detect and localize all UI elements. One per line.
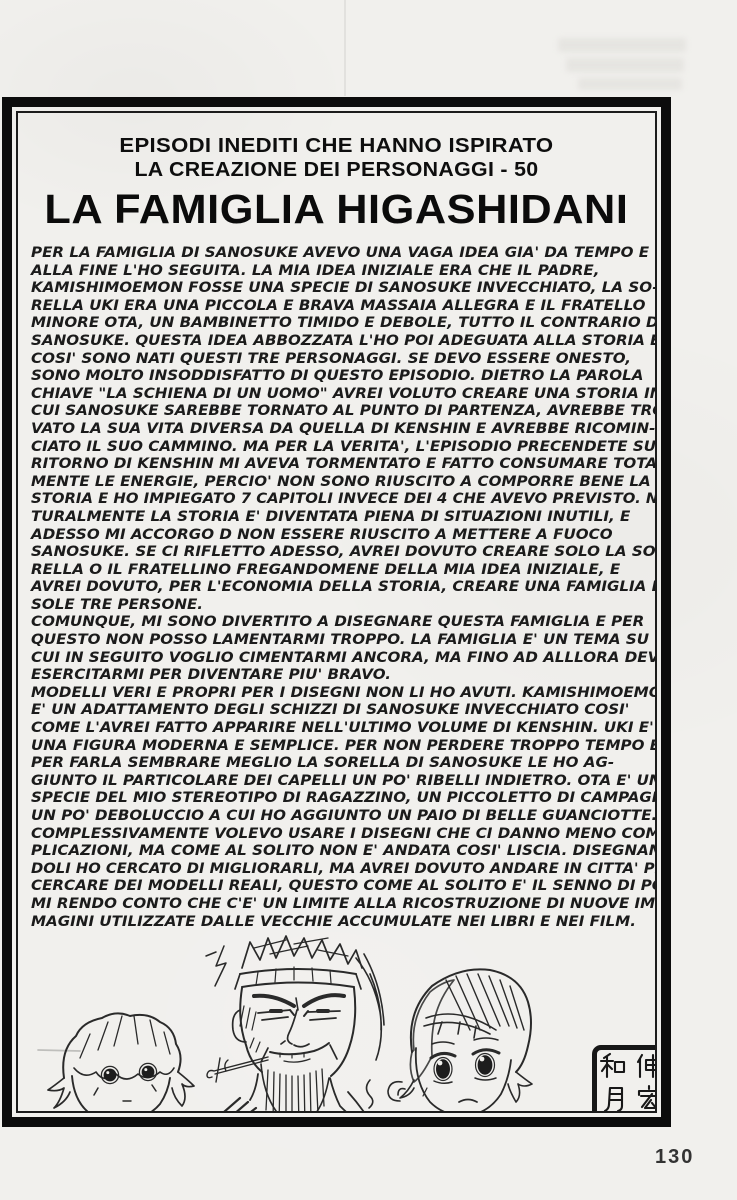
- body-line: MI RENDO CONTO CHE C'E' UN LIMITE ALLA R…: [31, 896, 657, 914]
- body-line: COMPLESSIVAMENTE VOLEVO USARE I DISEGNI …: [31, 826, 657, 844]
- seal-kanji-wa: [601, 1054, 624, 1077]
- body-line: ADESSO MI ACCORGO D NON ESSERE RIUSCITO …: [31, 527, 613, 545]
- sketch-kamishimoemon-father: [206, 936, 384, 1113]
- scanned-page: EPISODI INEDITI CHE HANNO ISPIRATO LA CR…: [0, 0, 737, 1200]
- body-line: TURALMENTE LA STORIA E' DIVENTATA PIENA …: [31, 509, 630, 527]
- page-number: 130: [655, 1146, 694, 1169]
- body-line: RELLA UKI ERA UNA PICCOLA E BRAVA MASSAI…: [31, 298, 646, 316]
- body-line: VATO LA SUA VITA DIVERSA DA QUELLA DI KE…: [31, 421, 655, 439]
- body-line: SANOSUKE. QUESTA IDEA ABBOZZATA L'HO POI…: [31, 333, 657, 351]
- body-line: RELLA O IL FRATELLINO FREGANDOMENE DELLA…: [31, 562, 620, 580]
- author-seal: [592, 1045, 657, 1113]
- sketch-ota-boy: [48, 1013, 194, 1113]
- seal-kanji-getsu: [605, 1088, 622, 1111]
- body-line: SANOSUKE. SE CI RIFLETTO ADESSO, AVREI D…: [31, 544, 657, 562]
- body-line: MINORE OTA, UN BAMBINETTO TIMIDO E DEBOL…: [31, 315, 657, 333]
- body-line: ESERCITARMI PER DIVENTARE PIU' BRAVO.: [31, 667, 391, 685]
- body-line: PER LA FAMIGLIA DI SANOSUKE AVEVO UNA VA…: [31, 245, 649, 263]
- body-line: ALLA FINE L'HO SEGUITA. LA MIA IDEA INIZ…: [31, 263, 599, 281]
- body-line: KAMISHIMOEMON FOSSE UNA SPECIE DI SANOSU…: [31, 280, 657, 298]
- frame-inner-border: EPISODI INEDITI CHE HANNO ISPIRATO LA CR…: [16, 111, 657, 1113]
- manga-frame-border: EPISODI INEDITI CHE HANNO ISPIRATO LA CR…: [2, 97, 671, 1127]
- body-line: SONO MOLTO INSODDISFATTO DI QUESTO EPISO…: [31, 368, 643, 386]
- body-text: PER LA FAMIGLIA DI SANOSUKE AVEVO UNA VA…: [31, 245, 657, 931]
- body-line: CHIAVE "LA SCHIENA DI UN UOMO" AVREI VOL…: [31, 386, 657, 404]
- body-line: COSI' SONO NATI QUESTI TRE PERSONAGGI. S…: [31, 351, 631, 369]
- body-line: CUI SANOSUKE SAREBBE TORNATO AL PUNTO DI…: [31, 403, 657, 421]
- body-line: UN PO' DEBOLUCCIO A CUI HO AGGIUNTO UN P…: [31, 808, 657, 826]
- seal-kanji-shin: [638, 1055, 657, 1077]
- body-line: CERCARE DEI MODELLI REALI, QUESTO COME A…: [31, 878, 657, 896]
- page-header: EPISODI INEDITI CHE HANNO ISPIRATO LA CR…: [18, 134, 655, 232]
- body-line: GIUNTO IL PARTICOLARE DEI CAPELLI UN PO'…: [31, 773, 657, 791]
- body-line: PER FARLA SEMBRARE MEGLIO LA SORELLA DI …: [31, 755, 614, 773]
- body-line: QUESTO NON POSSO LAMENTARMI TROPPO. LA F…: [31, 632, 649, 650]
- print-bleed-artifact: [578, 78, 682, 90]
- print-bleed-artifact: [558, 38, 686, 52]
- body-line: AVREI DOVUTO, PER L'ECONOMIA DELLA STORI…: [31, 579, 657, 597]
- family-sketch: [18, 930, 657, 1113]
- body-line: RITORNO DI KENSHIN MI AVEVA TORMENTATO E…: [31, 456, 657, 474]
- page-title: LA FAMIGLIA HIGASHIDANI: [44, 186, 628, 232]
- print-bleed-artifact: [566, 58, 684, 72]
- body-line: SOLE TRE PERSONE.: [31, 597, 203, 615]
- body-line: COMUNQUE, MI SONO DIVERTITO A DISEGNARE …: [31, 614, 644, 632]
- body-line: MODELLI VERI E PROPRI PER I DISEGNI NON …: [31, 685, 657, 703]
- body-line: STORIA E HO IMPIEGATO 7 CAPITOLI INVECE …: [31, 491, 657, 509]
- body-line: SPECIE DEL MIO STEREOTIPO DI RAGAZZINO, …: [31, 790, 657, 808]
- seal-kanji-ko: [639, 1086, 657, 1108]
- body-line: E' UN ADATTAMENTO DEGLI SCHIZZI DI SANOS…: [31, 702, 629, 720]
- body-line: UNA FIGURA MODERNA E SEMPLICE. PER NON P…: [31, 738, 657, 756]
- body-line: CIATO IL SUO CAMMINO. MA PER LA VERITA',…: [31, 439, 657, 457]
- body-line: MAGINI UTILIZZATE DALLE VECCHIE ACCUMULA…: [31, 914, 636, 932]
- header-kicker-line1: EPISODI INEDITI CHE HANNO ISPIRATO: [120, 134, 554, 158]
- body-line: MENTE LE ENERGIE, PERCIO' NON SONO RIUSC…: [31, 474, 651, 492]
- header-kicker-line2: LA CREAZIONE DEI PERSONAGGI - 50: [135, 158, 539, 182]
- body-line: COME L'AVREI FATTO APPARIRE NELL'ULTIMO …: [31, 720, 654, 738]
- sketch-uki-girl: [388, 969, 532, 1113]
- body-line: PLICAZIONI, MA COME AL SOLITO NON E' AND…: [31, 843, 657, 861]
- body-line: CUI IN SEGUITO VOGLIO CIMENTARMI ANCORA,…: [31, 650, 657, 668]
- page-crease: [344, 0, 346, 96]
- body-line: DOLI HO CERCATO DI MIGLIORARLI, MA AVREI…: [31, 861, 657, 879]
